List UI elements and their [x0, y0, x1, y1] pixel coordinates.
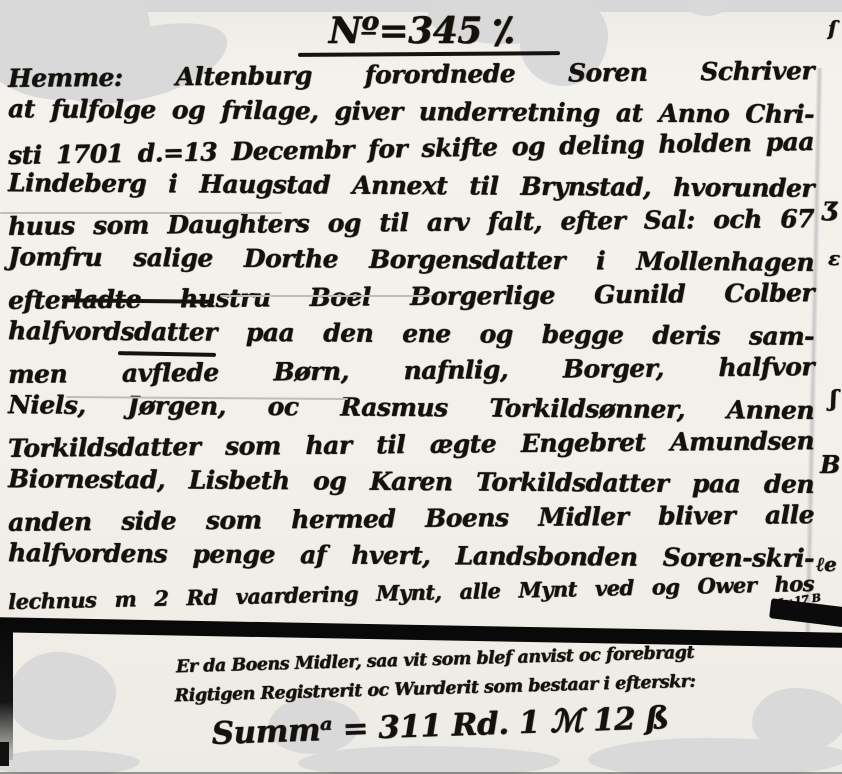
bleed-through-blob	[0, 750, 140, 774]
edge-ink-mark: ʃ	[830, 386, 837, 412]
edge-ink-mark: B	[820, 450, 840, 479]
manuscript-line: lechnus m 2 Rd vaardering Mynt, alle Myn…	[8, 565, 815, 620]
edge-ink-mark: ɛ	[828, 246, 840, 270]
document-scan: Nº=345 ⁒ Hemme: Altenburg forordnede Sor…	[0, 0, 842, 774]
manuscript-body: Hemme: Altenburg forordnede Soren Schriv…	[8, 56, 814, 611]
bleed-through-blob	[752, 688, 842, 752]
document-number: Nº=345 ⁒	[0, 10, 842, 52]
faint-rule-line	[220, 295, 432, 297]
edge-ink-mark: ℓe	[816, 552, 836, 577]
edge-ink-mark: ʒ	[822, 192, 836, 222]
edge-ink-mark: ſ	[828, 16, 836, 40]
scan-left-edge-notch	[0, 742, 9, 766]
bleed-through-blob	[8, 652, 116, 740]
faint-rule-line	[0, 212, 282, 214]
bleed-through-blob	[298, 746, 560, 774]
scan-left-edge-shadow	[0, 630, 13, 760]
